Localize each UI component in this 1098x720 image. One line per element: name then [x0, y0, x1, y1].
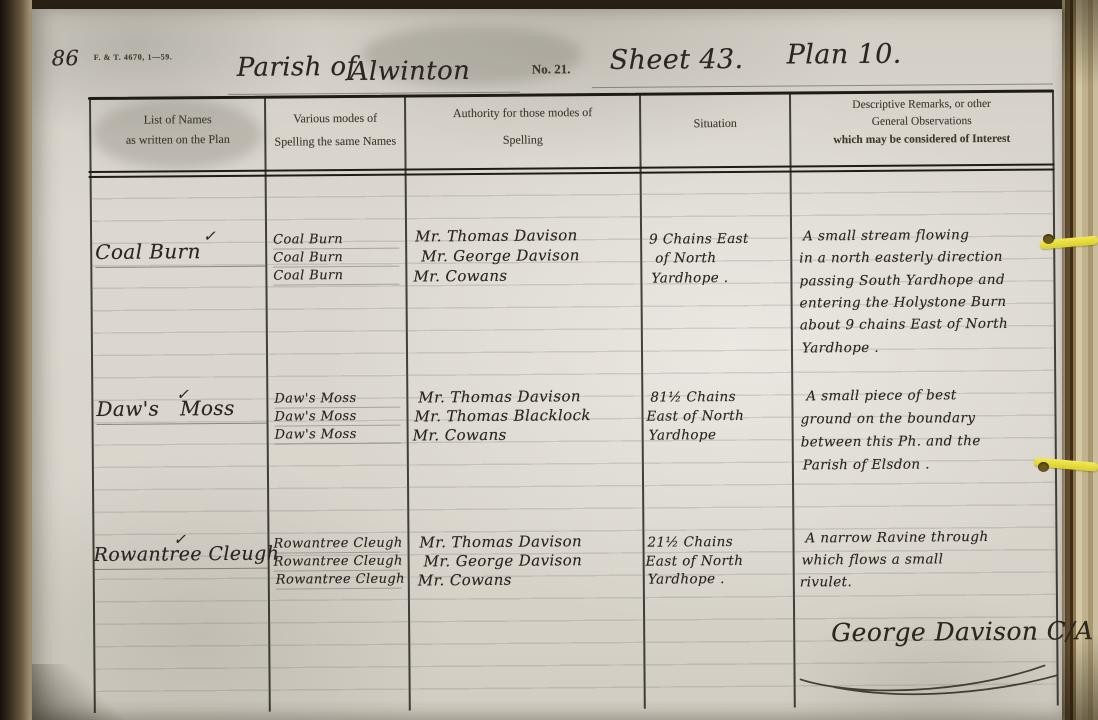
remark-line: A narrow Ravine through	[805, 530, 988, 546]
situation-line: East of North	[646, 554, 744, 569]
entry-name: Daw's Moss	[96, 398, 266, 425]
punch-hole	[1038, 462, 1049, 472]
remark-line: passing South Yardhope and	[799, 273, 1005, 289]
spelling-line: Rowantree Cleugh	[276, 573, 402, 590]
header-remarks-line: Descriptive Remarks, or other	[790, 97, 1053, 111]
remark-line: about 9 chains East of North	[800, 317, 1008, 333]
signature-flourish	[794, 651, 1066, 701]
plan-script: Plan 10.	[787, 40, 902, 70]
authority-line: Mr. Thomas Davison	[415, 227, 578, 244]
authority-line: Mr. George Davison	[424, 552, 583, 569]
situation-line: 21½ Chains	[647, 535, 733, 550]
remark-line: A small piece of best	[806, 388, 956, 404]
remark-line: which flows a small	[802, 552, 944, 568]
header-remarks-line: General Observations	[790, 114, 1053, 128]
page-content: 86 F. & T. 4670, 1—59. Parish of Alwinto…	[31, 1, 1067, 720]
surveyor-signature: George Davison C/A	[831, 617, 1094, 646]
book-page-edges-right	[1062, 0, 1098, 720]
header-names-line: List of Names	[90, 112, 265, 128]
situation-line: East of North	[646, 409, 744, 424]
page-number: 86	[52, 47, 80, 70]
remark-line: rivulet.	[800, 575, 852, 590]
remark-line: Yardhope .	[802, 341, 879, 356]
situation-line: 81½ Chains	[650, 390, 736, 405]
scanned-name-book-page: 86 F. & T. 4670, 1—59. Parish of Alwinto…	[0, 0, 1098, 720]
authority-line: Mr. Cowans	[413, 268, 507, 285]
remark-line: ground on the boundary	[800, 411, 975, 427]
authority-line: Mr. Thomas Davison	[419, 533, 582, 550]
form-code: F. & T. 4670, 1—59.	[94, 52, 173, 62]
spelling-line: Coal Burn	[273, 233, 399, 250]
spelling-line: Daw's Moss	[274, 392, 400, 409]
remark-line: between this Ph. and the	[801, 434, 981, 450]
parish-name: Alwinton	[350, 57, 471, 86]
remark-line: A small stream flowing	[803, 228, 969, 244]
sheet-script: Sheet 43.	[610, 45, 744, 75]
entry-name: Rowantree Cleugh	[94, 544, 270, 570]
situation-line: 9 Chains East	[649, 232, 749, 247]
header-authority-line: Authority for those modes of	[405, 105, 640, 122]
header-names-line: as written on the Plan	[90, 132, 265, 148]
remark-line: in a north easterly direction	[799, 250, 1003, 266]
header-spelling-line: Various modes of	[265, 111, 405, 127]
header-remarks-line: which may be considered of Interest	[790, 132, 1053, 146]
header-spelling-line: Spelling the same Names	[265, 134, 405, 150]
page-corner-shadow	[32, 664, 122, 720]
spelling-line: Daw's Moss	[275, 428, 401, 445]
authority-line: Mr. Cowans	[413, 427, 507, 444]
spelling-line: Daw's Moss	[274, 410, 400, 427]
spelling-line: Coal Burn	[273, 251, 399, 268]
header-situation: Situation	[640, 116, 790, 132]
situation-line: Yardhope	[649, 428, 717, 443]
authority-line: Mr. George Davison	[421, 247, 580, 264]
title-underline	[592, 83, 1053, 88]
header-authority-line: Spelling	[405, 132, 640, 149]
spelling-line: Rowantree Cleugh	[273, 537, 399, 554]
authority-line: Mr. Thomas Davison	[418, 388, 581, 405]
book-binding-left	[0, 0, 32, 720]
situation-line: Yardhope .	[648, 572, 725, 587]
remark-line: entering the Holystone Burn	[800, 295, 1007, 311]
remark-line: Parish of Elsdon .	[803, 457, 930, 473]
authority-line: Mr. Cowans	[418, 572, 512, 589]
spelling-line: Rowantree Cleugh	[274, 555, 400, 572]
spelling-line: Coal Burn	[273, 269, 399, 286]
parish-script-label: Parish of	[237, 53, 357, 82]
entry-name: Coal Burn	[95, 241, 265, 268]
paper-page: 86 F. & T. 4670, 1—59. Parish of Alwinto…	[32, 9, 1062, 720]
authority-line: Mr. Thomas Blacklock	[414, 407, 590, 425]
situation-line: Yardhope .	[651, 271, 728, 286]
number-label: No. 21.	[532, 61, 571, 77]
situation-line: of North	[655, 251, 716, 266]
punch-hole	[1043, 234, 1054, 244]
